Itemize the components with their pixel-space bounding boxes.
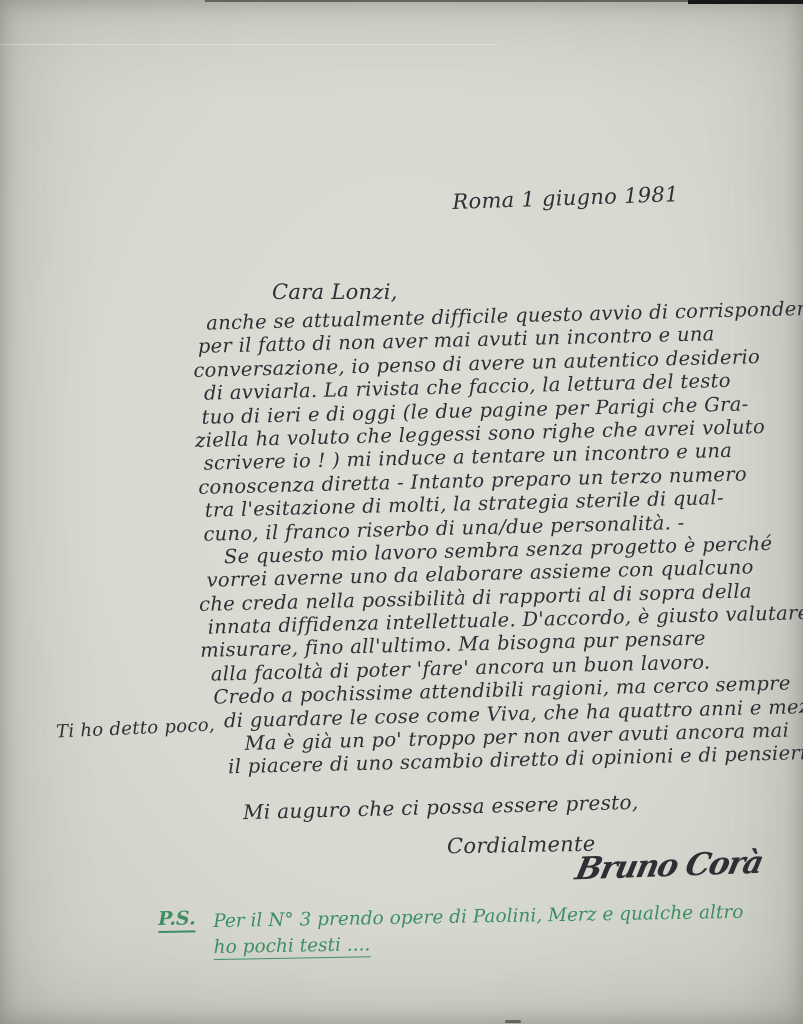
valediction: Cordialmente <box>447 832 596 859</box>
scan-edge-mark <box>505 1020 521 1023</box>
letter-scan: Roma 1 giugno 1981 Cara Lonzi, anche se … <box>0 0 803 1024</box>
paper-crease <box>0 44 498 45</box>
ps-lines: Per il N° 3 prendo opere di Paolini, Mer… <box>213 899 774 961</box>
scan-edge-shadow-dark <box>688 0 803 4</box>
closing-line: Mi auguro che ci possa essere presto, <box>243 790 639 824</box>
margin-note: Ti ho detto poco, <box>56 715 216 743</box>
ps-label: P.S. <box>158 907 196 933</box>
ps-line-text: ho pochi testi .... <box>214 934 371 960</box>
date-line: Roma 1 giugno 1981 <box>452 182 679 214</box>
letter-body: anche se attualmente difficile questo av… <box>192 297 803 780</box>
salutation: Cara Lonzi, <box>272 280 398 304</box>
signature: Bruno Corà <box>572 845 765 888</box>
